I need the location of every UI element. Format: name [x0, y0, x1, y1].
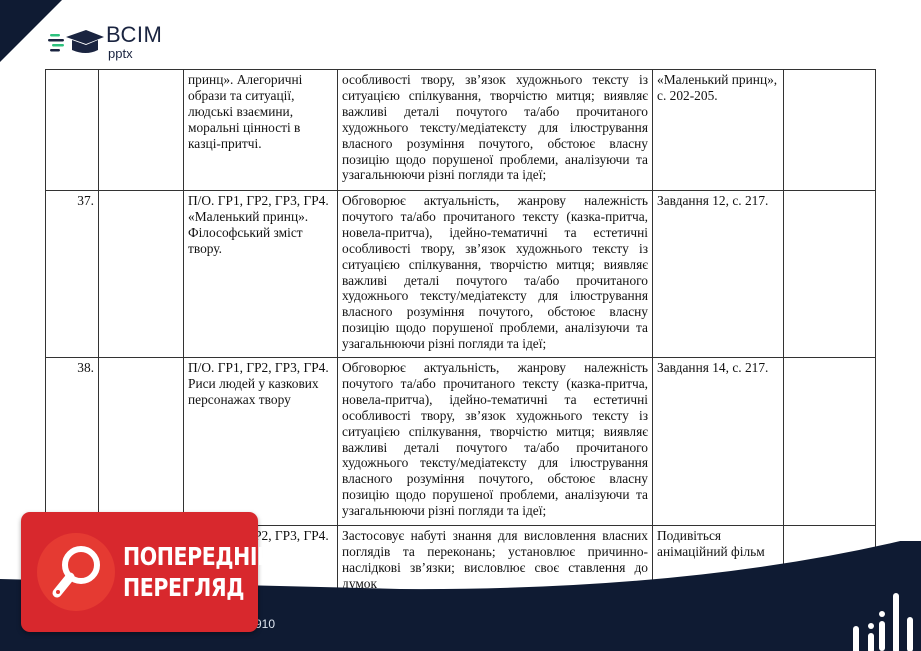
learning-outcomes: Обговорює актуальність, жанрову належніс…: [338, 191, 653, 358]
footer-text: 910: [255, 617, 275, 631]
homework: «Маленький принц», с. 202-205.: [653, 70, 784, 191]
lesson-number: 38.: [46, 358, 99, 526]
brand-title: ВСІМ: [106, 24, 162, 46]
preview-label-line2: ПЕРЕГЛЯД: [123, 572, 274, 603]
preview-label-line1: ПОПЕРЕДНІЙ: [123, 541, 274, 572]
table-row: 37. П/О. ГР1, ГР2, ГР3, ГР4. «Маленький …: [46, 191, 876, 358]
lesson-number: 37.: [46, 191, 99, 358]
lesson-topic: П/О. ГР1, ГР2, ГР3, ГР4. «Маленький прин…: [184, 191, 338, 358]
learning-outcomes: особливості твору, зв’язок художнього те…: [338, 70, 653, 191]
notes-cell: [784, 191, 876, 358]
date-cell: [99, 70, 184, 191]
magnifier-icon: [37, 533, 115, 611]
lesson-topic: принц». Алегоричні образи та ситуації, л…: [184, 70, 338, 191]
homework: Завдання 14, с. 217.: [653, 358, 784, 526]
lesson-topic: П/О. ГР1, ГР2, ГР3, ГР4. Риси людей у ка…: [184, 358, 338, 526]
homework: Завдання 12, с. 217.: [653, 191, 784, 358]
brand-subtitle: pptx: [108, 47, 162, 60]
table-row: 38. П/О. ГР1, ГР2, ГР3, ГР4. Риси людей …: [46, 358, 876, 526]
date-cell: [99, 191, 184, 358]
date-cell: [99, 358, 184, 526]
notes-cell: [784, 358, 876, 526]
lesson-number: [46, 70, 99, 191]
preview-badge[interactable]: ПОПЕРЕДНІЙ ПЕРЕГЛЯД: [21, 512, 258, 632]
graduation-cap-icon: [48, 28, 104, 56]
equalizer-bars-icon: [841, 581, 921, 651]
learning-outcomes: Обговорює актуальність, жанрову належніс…: [338, 358, 653, 526]
notes-cell: [784, 70, 876, 191]
table-row: принц». Алегоричні образи та ситуації, л…: [46, 70, 876, 191]
brand-logo: ВСІМ pptx: [48, 24, 162, 60]
